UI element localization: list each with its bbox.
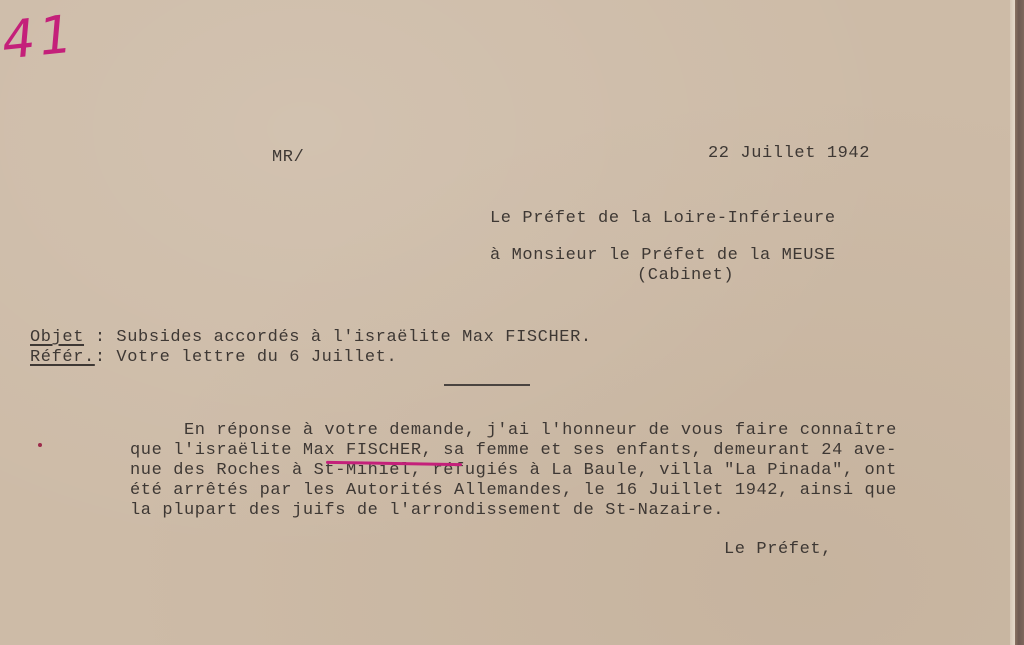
handwritten-annotation: 41 — [0, 4, 79, 71]
refer-text: Votre lettre du 6 Juillet. — [116, 348, 397, 367]
body-line-5: la plupart des juifs de l'arrondissement… — [130, 501, 724, 521]
recipient-line: à Monsieur le Préfet de la MEUSE — [490, 246, 836, 266]
refer-separator: : — [95, 348, 117, 367]
reference-line: Référ.: Votre lettre du 6 Juillet. — [30, 348, 397, 368]
body-line-3: nue des Roches à St-Mihiel, réfugiés à L… — [130, 461, 897, 481]
ink-spot — [38, 443, 42, 447]
body-line-4: été arrêtés par les Autorités Allemandes… — [130, 481, 897, 501]
separator-rule — [444, 384, 530, 386]
refer-label: Référ. — [30, 348, 95, 367]
body-line-1: En réponse à votre demande, j'ai l'honne… — [130, 421, 897, 441]
objet-separator: : — [84, 328, 116, 347]
document-page — [0, 0, 1015, 645]
recipient-office: (Cabinet) — [637, 266, 734, 286]
page-edge-shadow — [1015, 0, 1024, 645]
sender-line: Le Préfet de la Loire-Inférieure — [490, 209, 836, 229]
letter-date: 22 Juillet 1942 — [708, 144, 870, 164]
reference-initials: MR/ — [272, 148, 304, 168]
objet-label: Objet — [30, 328, 84, 347]
objet-text: Subsides accordés à l'israëlite Max FISC… — [116, 328, 591, 347]
signature: Le Préfet, — [724, 540, 832, 560]
body-line-2: que l'israëlite Max FISCHER, sa femme et… — [130, 441, 897, 461]
subject-line: Objet : Subsides accordés à l'israëlite … — [30, 328, 592, 348]
